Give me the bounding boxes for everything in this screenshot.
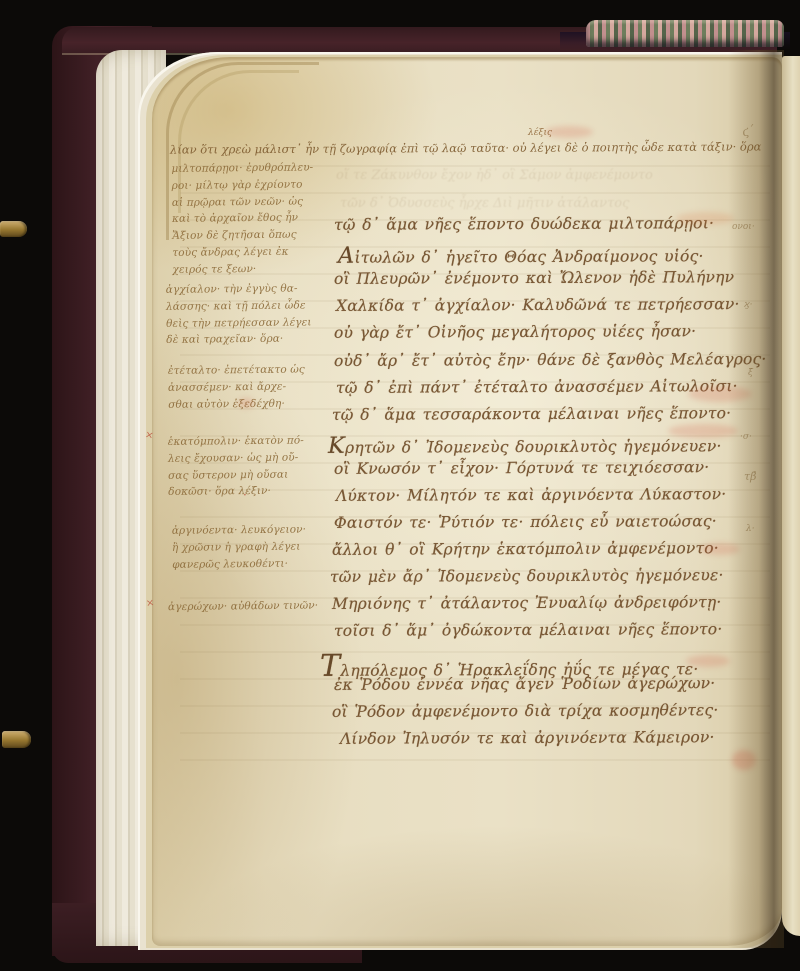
offset-smudge [545, 126, 593, 138]
offset-smudge [686, 655, 730, 667]
main-text-line: τοῖσι δ᾽ ἅμ᾽ ὀγδώκοντα μέλαιναι νῆες ἕπο… [334, 620, 723, 640]
margin-jotting: ϛ´ [740, 123, 756, 140]
brass-clasp-pin-bottom [2, 731, 31, 748]
scholia-line: ἀνασσέμεν· καὶ ἄρχε- [168, 378, 336, 397]
margin-jotting: ξ̄ [748, 368, 753, 378]
scholia-line: φανερῶς λευκοθέντι· [172, 555, 340, 574]
main-text-line: Λύκτον· Μίλητόν τε καὶ ἀργινόεντα Λύκαστ… [336, 485, 726, 505]
main-text-line: Μηριόνης τ᾽ ἀτάλαντος Ἐνυαλίῳ ἀνδρειφόντ… [332, 593, 722, 613]
main-text-line: οὐδ᾽ ἄρ᾽ ἔτ᾽ αὐτὸς ἔην· θάνε δὲ ξανθὸς Μ… [334, 350, 767, 370]
scholia-block-6: ἀγερώχων· αὐθάδων τινῶν· [168, 597, 378, 616]
scholia-line: ροι· μίλτῳ γὰρ ἐχρίοντο [172, 176, 340, 195]
scholia-line: ἢ χρῶσιν ἡ γραφὴ λέγει [172, 538, 340, 557]
scholia-line: χειρός τε ξεων· [172, 260, 340, 279]
offset-smudge [676, 212, 734, 225]
main-text-line: οἳ Ῥόδον ἀμφενέμοντο διὰ τρίχα κοσμηθέντ… [332, 701, 719, 721]
manuscript-photo: λίαν ὅτι χρεὼ μάλιστ᾽ ἦν τῇ ζωγραφίᾳ ἐπὶ… [0, 0, 800, 971]
scholia-line: Ἄξιον δὲ ζητῆσαι ὅπως [172, 226, 340, 245]
margin-jotting: ϗ· [744, 300, 752, 310]
facing-page-edge [782, 56, 800, 936]
main-text-line: Λίνδον Ἰηλυσόν τε καὶ ἀργινόεντα Κάμειρο… [340, 728, 715, 748]
main-text-line: ἄλλοι θ᾽ οἳ Κρήτην ἑκατόμπολιν ἀμφενέμον… [332, 539, 719, 559]
scholia-line: μιλτοπάρῃοι· ἐρυθρόπλευ- [171, 159, 339, 178]
scholia-line: ἀγχίαλον· τὴν ἐγγὺς θα- [166, 280, 334, 299]
scholia-line: σας ὕστερον μὴ οὔσαι [168, 466, 336, 485]
scholia-line: λεις ἔχουσαν· ὡς μὴ οὔ- [168, 449, 336, 468]
main-text-line: Φαιστόν τε· Ῥύτιόν τε· πόλεις εὖ ναιετοώ… [334, 512, 717, 532]
scholia-line: ἐτέταλτο· ἐπετέτακτο ὡς [168, 361, 336, 380]
margin-jotting: τβ́ [744, 470, 756, 483]
main-text-line: τῷ δ᾽ ἐπὶ πάντ᾽ ἐτέταλτο ἀνασσέμεν Αἰτωλ… [336, 377, 738, 397]
scholia-line: ἀγερώχων· αὐθάδων τινῶν· [168, 597, 378, 616]
margin-jotting: ονοι· [732, 222, 755, 232]
main-text-line: οἳ Πλευρῶν᾽ ἐνέμοντο καὶ Ὤλενον ἠδὲ Πυλή… [334, 268, 734, 288]
ghost-text-line: οἵ τε Ζάκυνθον ἔχον ἠδ᾽ οἳ Σάμον ἀμφενέμ… [336, 168, 653, 183]
scholia-line: τοὺς ἄνδρας λέγει ἐκ [172, 243, 340, 262]
main-text-line: οὐ γὰρ ἔτ᾽ Οἰνῆος μεγαλήτορος υἱέες ἦσαν… [334, 322, 696, 342]
scholia-line: αἱ πρῷραι τῶν νεῶν· ὡς [172, 193, 340, 212]
scholia-block-4: ἑκατόμπολιν· ἑκατὸν πό- λεις ἔχουσαν· ὡς… [168, 432, 337, 501]
endband-striped-headband [586, 20, 784, 47]
main-text-line: Χαλκίδα τ᾽ ἀγχίαλον· Καλυδῶνά τε πετρήεσ… [336, 295, 740, 315]
main-text-line: τῷ δ᾽ ἅμα νῆες ἕποντο δυώδεκα μιλτοπάρῃο… [334, 214, 714, 234]
brass-clasp-pin-top [0, 221, 27, 237]
main-text-line: τῷ δ᾽ ἅμα τεσσαράκοντα μέλαιναι νῆες ἕπο… [332, 404, 731, 424]
offset-smudge [688, 386, 752, 402]
scholia-line: θεὶς τὴν πετρήεσσαν λέγει [166, 314, 334, 333]
main-text-line: τῶν μὲν ἄρ᾽ Ἰδομενεὺς δουρικλυτὸς ἡγεμόν… [330, 566, 724, 586]
offset-smudge [732, 750, 756, 770]
scholia-block-5: ἀργινόεντα· λευκόγειον· ἢ χρῶσιν ἡ γραφὴ… [172, 521, 341, 573]
scholia-block-2: ἀγχίαλον· τὴν ἐγγὺς θα- λάσσης· καὶ τῇ π… [166, 280, 335, 349]
main-text-line: οἳ Κνωσόν τ᾽ εἶχον· Γόρτυνά τε τειχιόεσσ… [334, 458, 709, 478]
scholia-block-1: μιλτοπάρῃοι· ἐρυθρόπλευ- ροι· μίλτῳ γὰρ … [171, 159, 340, 278]
main-text-line: Αἰτωλῶν δ᾽ ἡγεῖτο Θόας Ἀνδραίμονος υἱός· [338, 241, 704, 269]
rubric-cross-mark: × [145, 597, 155, 609]
ghost-text-line: τῶν δ᾽ Ὀδυσσεὺς ἦρχε Διὶ μῆτιν ἀτάλαντος [340, 196, 629, 211]
scholia-line: λάσσης· καὶ τῇ πόλει ὧδε [166, 297, 334, 316]
rubric-dot-mark: · [243, 488, 247, 502]
scholia-line: καὶ τὸ ἀρχαῖον ἔθος ἦν [172, 210, 340, 229]
main-text-line: Κρητῶν δ᾽ Ἰδομενεὺς δουρικλυτὸς ἡγεμόνευ… [328, 431, 722, 459]
scholia-line: δὲ καὶ τραχεῖαν· ὅρα· [166, 331, 334, 350]
main-text-line: ἐκ Ῥόδου ἐννέα νῆας ἄγεν Ῥοδίων ἀγερώχων… [334, 674, 715, 694]
offset-smudge [668, 424, 738, 438]
offset-smudge [700, 543, 740, 555]
scholia-line: ἑκατόμπολιν· ἑκατὸν πό- [168, 432, 336, 451]
scholia-line: ἀργινόεντα· λευκόγειον· [172, 521, 340, 540]
margin-jotting: λ· [746, 524, 755, 534]
offset-smudge [238, 398, 254, 408]
scholia-line: δοκῶσι· ὅρα λέξιν· [168, 483, 336, 502]
margin-jotting: ·σ· [740, 432, 752, 442]
